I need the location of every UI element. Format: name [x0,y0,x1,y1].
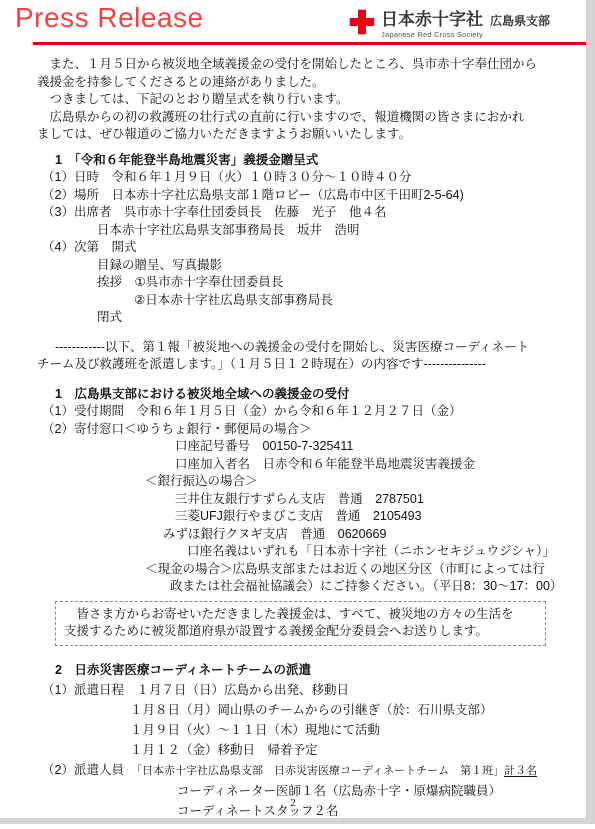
org-name-en: Japanese Red Cross Society [381,30,550,39]
red-cross-icon [348,8,376,36]
doc-line: みずほ銀行クヌギ支店 普通 0620669 [37,526,582,544]
doc-line: 1 「令和６年能登半島地震災害」義援金贈呈式 [37,152,582,170]
doc-line: ＜現金の場合＞広島県支部またはお近くの地区分区（市町によっては行 [37,561,582,579]
doc-line: 広島県からの初の救護班の壮行式の直前に行いますので、報道機関の皆さまにおかれ [37,109,582,127]
doc-line: ------------以下、第１報「被災地への義援金の受付を開始し、災害医療コ… [37,339,582,357]
doc-line: （2）場所 日本赤十字社広島県支部１階ロビー（広島市中区千田町2-5-64) [37,187,582,205]
doc-line-segment: （2）派遣人員 [42,763,136,777]
doc-line: （1）受付期間 令和６年１月５日（金）から令和６年１２月２７日（金） [37,403,582,421]
doc-line: 政または社会福祉協議会）にご持参ください。（平日8：30～17：00） [37,578,582,596]
doc-line: 1 広島県支部における被災地全域への義援金の受付 [37,386,582,404]
org-name: 日本赤十字社 [381,11,483,28]
jrc-logo: 日本赤十字社 広島県支部 Japanese Red Cross Society [348,8,550,39]
doc-line: （2）寄付窓口＜ゆうちょ銀行・郵便局の場合＞ [37,421,582,439]
document-body: また、１月５日から被災地全域義援金の受付を開始したところ、呉市赤十字奉仕団から義… [37,56,582,821]
press-release-title: Press Release [15,2,204,34]
branch-name: 広島県支部 [490,15,550,28]
doc-line: 義援金を持参してくださるとの連絡がありました。 [37,74,582,92]
doc-line: １月１２（金）移動日 帰着予定 [37,740,582,760]
logo-text: 日本赤十字社 広島県支部 Japanese Red Cross Society [381,8,550,39]
doc-line-segment: 計３名 [504,765,537,777]
doc-line: １月９日（火）～１１日（木）現地にて活動 [37,720,582,740]
press-release-page: Press Release 日本赤十字社 広島県支部 Japanese Red … [0,0,586,818]
doc-line: 口座名義はいずれも「日本赤十字社（ニホンセキジュウジシャ）」 [37,543,582,561]
doc-line: （4）次第 開式 [37,239,582,257]
page-number: 2 [0,797,586,809]
doc-line: ＜銀行振込の場合＞ [37,473,582,491]
doc-line: （1）派遣日程 １月７日（日）広島から出発、移動日 [37,680,582,700]
doc-line: 閉式 [37,309,582,327]
doc-line: 挨拶 ①呉市赤十字奉仕団委員長 [37,274,582,292]
red-divider-line [33,42,586,45]
doc-line: （2）派遣人員 「日本赤十字社広島県支部 日赤災害医療コーディネートチーム 第１… [37,760,582,781]
page-edge-right [586,0,595,824]
doc-line: （3）出席者 呉市赤十字奉仕団委員長 佐藤 光子 他４名 [37,204,582,222]
doc-line: チーム及び救護班を派遣します。」（１月５日１２時現在）の内容です--------… [37,356,582,374]
doc-line: 日本赤十字社広島県支部事務局長 坂井 浩明 [37,222,582,240]
note-line: 皆さま方からお寄せいただきました義援金は、すべて、被災地の方々の生活を [64,606,537,624]
doc-line: ②日本赤十字社広島県支部事務局長 [37,292,582,310]
doc-line: ましては、ぜひ報道のご協力いただきますようお願いいたします。 [37,126,582,144]
doc-line-segment: 「日本赤十字社広島県支部 日赤災害医療コーディネートチーム 第１班」 [136,765,504,777]
doc-line: 2 日赤災害医療コーディネートチームの派遣 [37,660,582,680]
doc-line: １月８日（月）岡山県のチームからの引継ぎ（於：石川県支部） [37,700,582,720]
doc-line: （1）日時 令和６年１月９日（火）１０時３０分～１０時４０分 [37,169,582,187]
doc-line: 口座記号番号 00150-7-325411 [37,438,582,456]
note-line: 支援するために被災都道府県が設置する義援金配分委員会へお送りします。 [64,623,537,641]
doc-line: 目録の贈呈、写真撮影 [37,257,582,275]
doc-line: 三井住友銀行すずらん支店 普通 2787501 [37,491,582,509]
doc-line: また、１月５日から被災地全域義援金の受付を開始したところ、呉市赤十字奉仕団から [37,56,582,74]
note-box: 皆さま方からお寄せいただきました義援金は、すべて、被災地の方々の生活を支援するた… [55,601,546,646]
doc-line: つきましては、下記のとおり贈呈式を執り行います。 [37,91,582,109]
doc-line: 口座加入者名 日赤令和６年能登半島地震災害義援金 [37,456,582,474]
doc-line: 三菱UFJ銀行やまびこ支店 普通 2105493 [37,508,582,526]
page-edge-bottom [0,818,595,824]
